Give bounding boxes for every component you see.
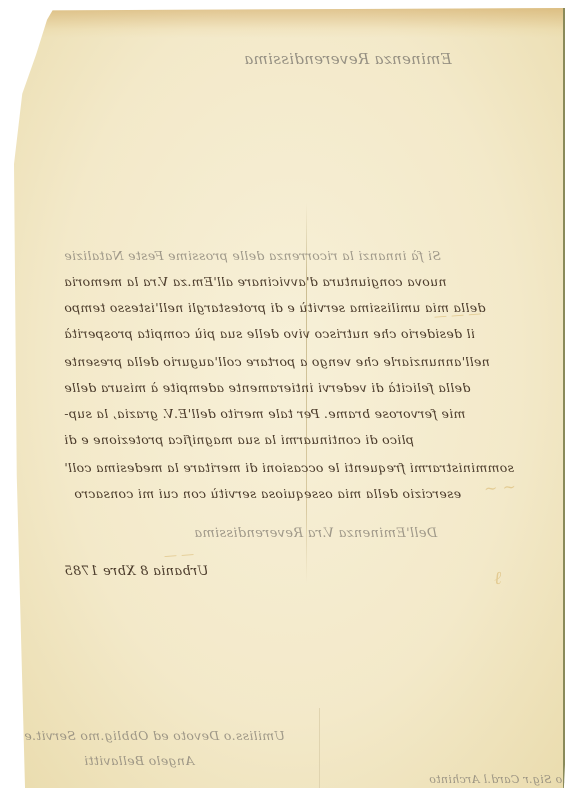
closing: Dell'Eminenza V.ra Reverendissima	[194, 526, 437, 541]
body-line: nell'annunziarle che vengo a portare col…	[64, 354, 490, 369]
manuscript-page: — — — ~ ~ ℓ — — Eminenza Reverendissima …	[14, 8, 565, 788]
addressee-note: Em.o Sig.r Card.l Archinto	[429, 773, 571, 786]
fold-crease	[319, 708, 320, 796]
body-line: mie fervorose brame. Per tale merito del…	[64, 406, 465, 421]
body-line: nuova congiuntura d'avvicinare all'Em.za…	[64, 274, 446, 289]
body-line: esercizio della mia ossequiosa servitù c…	[74, 486, 461, 501]
bleed-through-text: ~ ~	[483, 477, 516, 498]
place-date: Urbania 8 Xbre 1785	[64, 564, 208, 579]
top-edge-stain	[14, 8, 563, 38]
body-line: Si fà innanzi la ricorrenza delle prossi…	[64, 248, 441, 263]
bleed-through-text: — —	[164, 547, 195, 564]
body-line: plico di continuarmi la sua magnifica pr…	[64, 432, 414, 447]
body-line: somministrarmi frequenti le occasioni di…	[64, 460, 514, 475]
salutation: Eminenza Reverendissima	[244, 50, 452, 68]
bleed-through-text: ℓ	[493, 568, 502, 589]
signature-line: Umiliss.o Devoto ed Obblig.mo Servit.e	[24, 728, 285, 743]
body-line: della mia umilissima servitù e di protes…	[64, 300, 485, 315]
body-line: della felicità di vedervi intieramente a…	[64, 380, 470, 395]
body-line: il desiderio che nutrisco vivo delle sua…	[64, 326, 475, 341]
signature-name: Angelo Bellavitti	[84, 753, 194, 768]
